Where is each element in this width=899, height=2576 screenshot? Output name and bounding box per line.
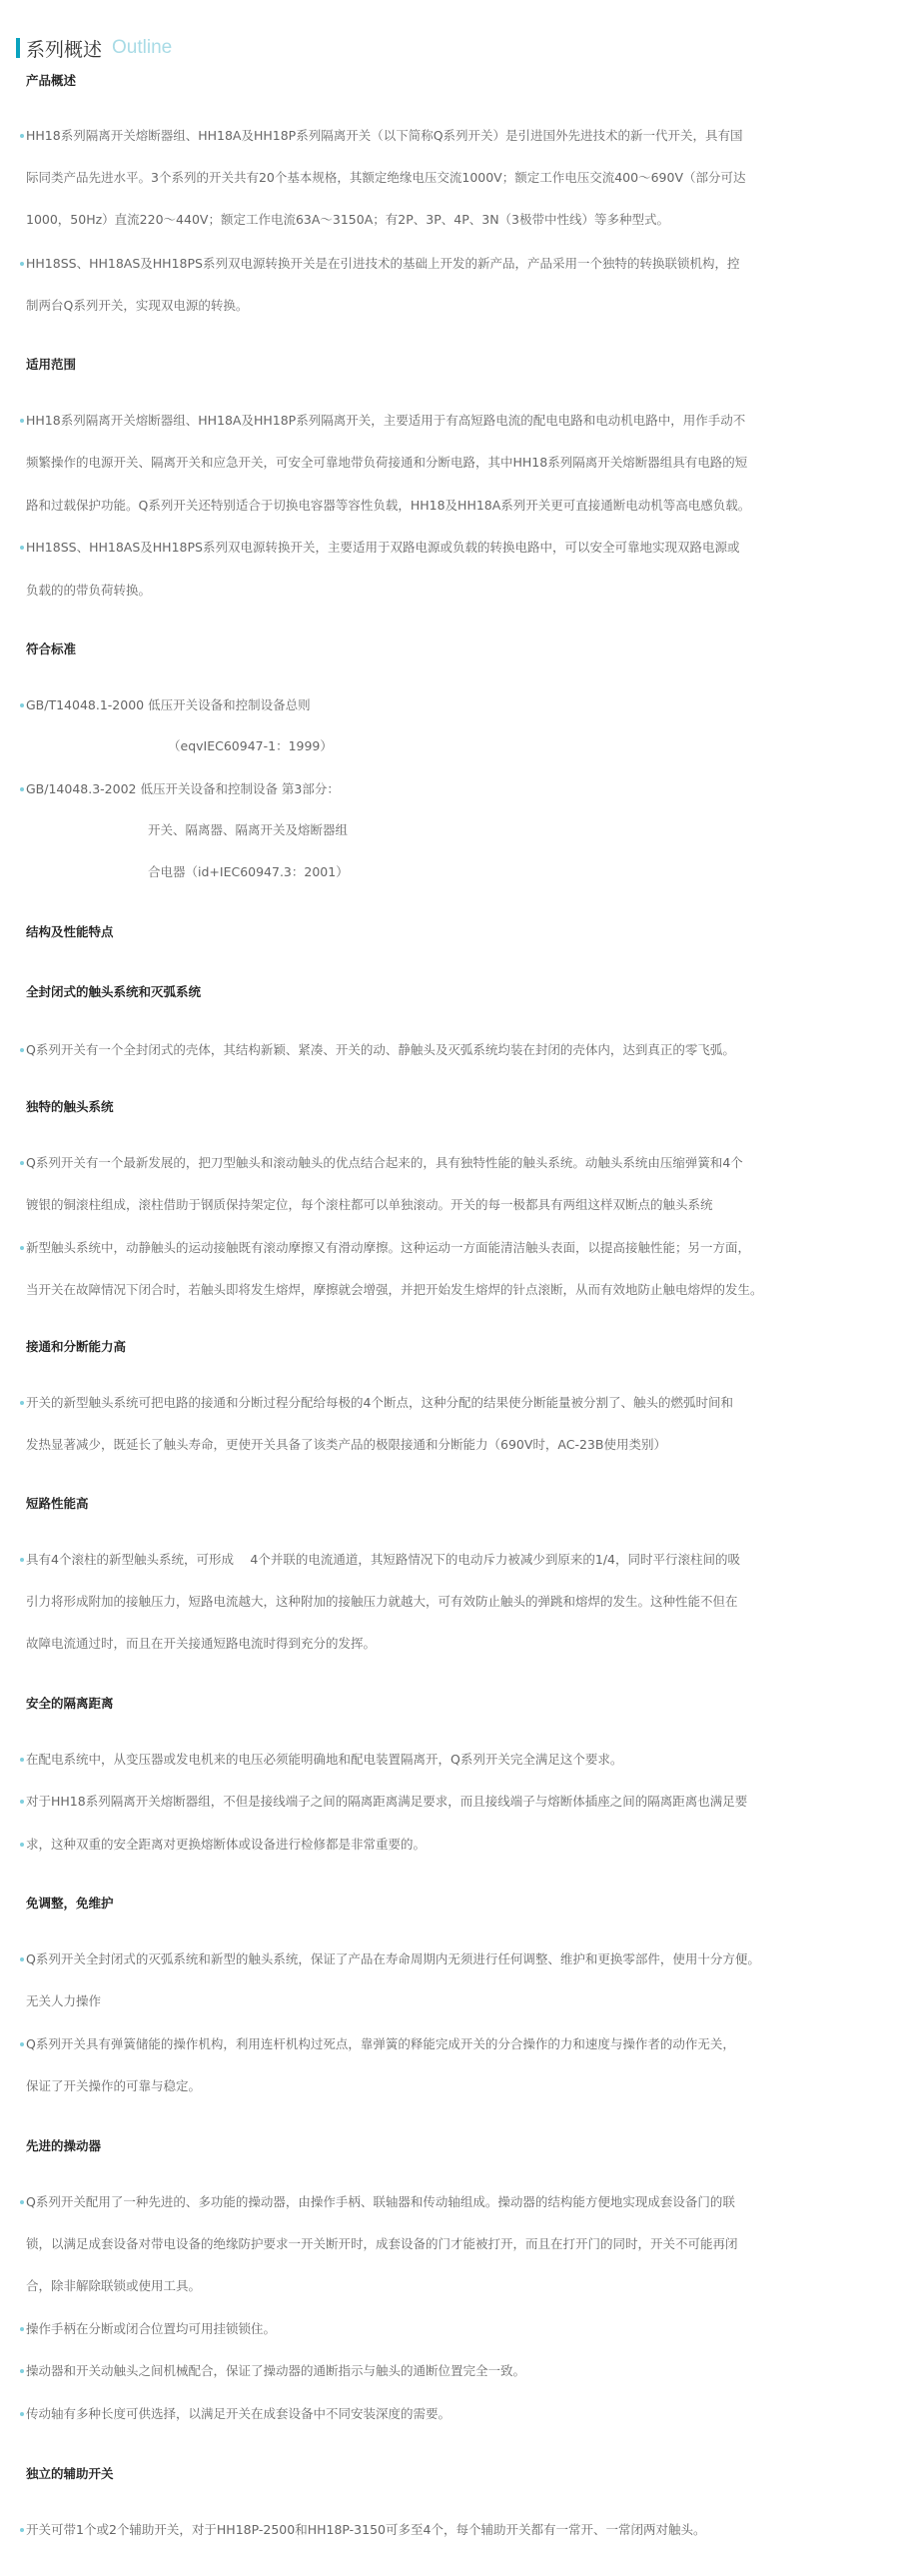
standard-line: 开关、隔离器、隔离开关及熔断器组 [148,822,348,838]
heading-product-overview: 产品概述 [26,71,76,89]
paragraph-line: 故障电流通过时，而且在开关接通短路电流时得到充分的发挥。 [26,1636,376,1652]
heading-enclosed-contact-system: 全封闭式的触头系统和灭弧系统 [26,982,201,1000]
paragraph-line: 开关的新型触头系统可把电路的接通和分断过程分配给每极的4个断点，这种分配的结果使… [26,1395,733,1411]
paragraph-line: HH18系列隔离开关熔断器组、HH18A及HH18P系列隔离开关，主要适用于有高… [26,413,745,429]
paragraph-line: HH18SS、HH18AS及HH18PS系列双电源转换开关，主要适用于双路电源或… [26,540,739,556]
heading-advanced-actuator: 先进的操动器 [26,2136,101,2154]
paragraph-line: 1000，50Hz）直流220～440V；额定工作电流63A～3150A；有2P… [26,212,669,228]
paragraph-line: 合，除非解除联锁或使用工具。 [26,2278,201,2294]
paragraph-line: 负载的的带负荷转换。 [26,583,151,599]
paragraph-line: 对于HH18系列隔离开关熔断器组，不但是接线端子之间的隔离距离满足要求，而且接线… [26,1794,747,1810]
heading-maintenance-free: 免调整，免维护 [26,1894,114,1912]
title-english: Outline [112,37,172,59]
paragraph-line: 具有4个滚柱的新型触头系统，可形成 4个并联的电流通道，其短路情况下的电动斥力被… [26,1552,740,1568]
paragraph-line: Q系列开关全封闭式的灭弧系统和新型的触头系统，保证了产品在寿命周期内无须进行任何… [26,1951,760,1967]
section-title: 系列概述 Outline [16,36,172,60]
paragraph-line: 际同类产品先进水平。3个系列的开关共有20个基本规格，其额定绝缘电压交流1000… [26,170,746,186]
paragraph-line: 开关可带1个或2个辅助开关，对于HH18P-2500和HH18P-3150可多至… [26,2522,705,2538]
paragraph-line: 传动轴有多种长度可供选择，以满足开关在成套设备中不同安装深度的需要。 [26,2406,450,2422]
paragraph-line: 引力将形成附加的接触压力，短路电流越大，这种附加的接触压力就越大，可有效防止触头… [26,1594,738,1610]
heading-auxiliary-switch: 独立的辅助开关 [26,2464,114,2482]
paragraph-line: Q系列开关有一个最新发展的，把刀型触头和滚动触头的优点结合起来的，具有独特性能的… [26,1155,743,1171]
heading-isolation-distance: 安全的隔离距离 [26,1694,114,1712]
standard-line: GB/T14048.1-2000 低压开关设备和控制设备总则 [26,697,311,713]
title-chinese: 系列概述 [26,35,102,62]
paragraph-line: HH18系列隔离开关熔断器组、HH18A及HH18P系列隔离开关（以下简称Q系列… [26,128,743,144]
heading-standards: 符合标准 [26,640,76,657]
paragraph-line: 频繁操作的电源开关、隔离开关和应急开关，可安全可靠地带负荷接通和分断电路，其中H… [26,455,747,471]
heading-short-circuit-performance: 短路性能高 [26,1494,89,1512]
paragraph-line: Q系列开关配用了一种先进的、多功能的操动器，由操作手柄、联轴器和传动轴组成。操动… [26,2194,735,2210]
heading-application-scope: 适用范围 [26,355,76,373]
paragraph-line: 求，这种双重的安全距离对更换熔断体或设备进行检修都是非常重要的。 [26,1837,426,1853]
paragraph-line: 新型触头系统中，动静触头的运动接触既有滚动摩擦又有滑动摩擦。这种运动一方面能清洁… [26,1240,750,1256]
standard-line: 合电器（id+IEC60947.3：2001） [148,864,349,880]
paragraph-line: 操动器和开关动触头之间机械配合，保证了操动器的通断指示与触头的通断位置完全一致。 [26,2363,525,2379]
paragraph-line: 无关人力操作 [26,1993,101,2009]
paragraph-line: Q系列开关有一个全封闭式的壳体，其结构新颖、紧凑、开关的动、静触头及灭弧系统均装… [26,1042,735,1058]
title-accent-bar [16,38,20,58]
paragraph-line: HH18SS、HH18AS及HH18PS系列双电源转换开关是在引进技术的基础上开… [26,256,739,272]
standard-line: GB/14048.3-2002 低压开关设备和控制设备 第3部分： [26,781,340,797]
standard-line: （eqvIEC60947-1：1999） [168,738,333,754]
heading-structure-features: 结构及性能特点 [26,922,114,940]
paragraph-line: 路和过载保护功能。Q系列开关还特别适合于切换电容器等容性负载，HH18及HH18… [26,498,750,514]
paragraph-line: 制两台Q系列开关，实现双电源的转换。 [26,298,248,314]
paragraph-line: 镀银的铜滚柱组成，滚柱借助于钢质保持架定位，每个滚柱都可以单独滚动。开关的每一极… [26,1197,713,1213]
heading-breaking-capacity: 接通和分断能力高 [26,1337,126,1355]
paragraph-line: 锁，以满足成套设备对带电设备的绝缘防护要求一开关断开时，成套设备的门才能被打开，… [26,2236,738,2252]
heading-unique-contact-system: 独特的触头系统 [26,1097,114,1115]
paragraph-line: 发热显著减少，既延长了触头寿命，更使开关具备了该类产品的极限接通和分断能力（69… [26,1437,666,1453]
paragraph-line: 保证了开关操作的可靠与稳定。 [26,2078,201,2094]
paragraph-line: 在配电系统中，从变压器或发电机来的电压必须能明确地和配电装置隔离开，Q系列开关完… [26,1752,622,1768]
paragraph-line: 当开关在故障情况下闭合时，若触头即将发生熔焊，摩擦就会增强，并把开始发生熔焊的针… [26,1282,763,1298]
paragraph-line: 操作手柄在分断或闭合位置均可用挂锁锁住。 [26,2321,276,2337]
paragraph-line: Q系列开关具有弹簧储能的操作机构，利用连杆机构过死点，靠弹簧的释能完成开关的分合… [26,2036,735,2052]
